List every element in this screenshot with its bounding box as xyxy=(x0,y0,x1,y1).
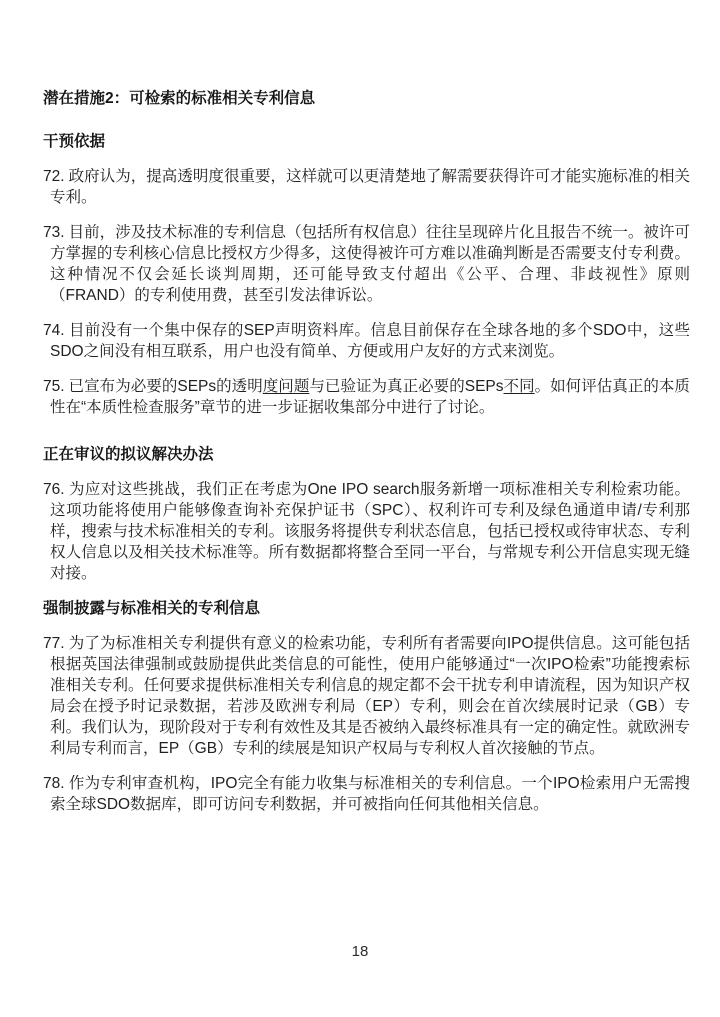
document-content: 潜在措施2：可检索的标准相关专利信息 干预依据 72.政府认为，提高透明度很重要… xyxy=(0,0,720,815)
item-number-73: 73. xyxy=(43,224,65,241)
item-text-73: 目前，涉及技术标准的专利信息（包括所有权信息）往往呈现碎片化且报告不统一。被许可… xyxy=(50,224,690,304)
section-intervention-basis: 干预依据 72.政府认为，提高透明度很重要，这样就可以更清楚地了解需要获得许可才… xyxy=(43,131,690,418)
item-text-75-underlined: 度问题 xyxy=(263,378,310,395)
item-number-74: 74. xyxy=(43,322,65,339)
item-text-72: 政府认为，提高透明度很重要，这样就可以更清楚地了解需要获得许可才能实施标准的相关… xyxy=(50,168,690,206)
page-footer: 18 xyxy=(0,941,720,962)
paragraph-77: 77.为了为标准相关专利提供有意义的检索功能，专利所有者需要向IPO提供信息。这… xyxy=(50,633,690,759)
item-number-77: 77. xyxy=(43,635,65,652)
item-text-75-segment: 与已验证为真正必要的SEPs xyxy=(309,378,503,395)
paragraph-74: 74.目前没有一个集中保存的SEP声明资料库。信息目前保存在全球各地的多个SDO… xyxy=(50,320,690,362)
item-text-75-segment: 已宣布为必要的SEPs的透明 xyxy=(69,378,263,395)
paragraph-76: 76.为应对这些挑战，我们正在考虑为One IPO search服务新增一项标准… xyxy=(50,479,690,584)
document-page: 潜在措施2：可检索的标准相关专利信息 干预依据 72.政府认为，提高透明度很重要… xyxy=(0,0,720,1017)
paragraph-73: 73.目前，涉及技术标准的专利信息（包括所有权信息）往往呈现碎片化且报告不统一。… xyxy=(50,222,690,306)
item-number-78: 78. xyxy=(43,775,65,792)
item-number-75: 75. xyxy=(43,378,65,395)
heading-proposed-solutions: 正在审议的拟议解决办法 xyxy=(43,444,690,465)
paragraph-78: 78.作为专利审查机构，IPO完全有能力收集与标准相关的专利信息。一个IPO检索… xyxy=(50,773,690,815)
heading-intervention-basis: 干预依据 xyxy=(43,131,690,152)
item-text-77: 为了为标准相关专利提供有意义的检索功能，专利所有者需要向IPO提供信息。这可能包… xyxy=(50,635,690,757)
item-text-75-underlined: 不同 xyxy=(504,378,535,395)
item-number-72: 72. xyxy=(43,168,65,185)
page-number: 18 xyxy=(352,943,369,960)
paragraph-75: 75.已宣布为必要的SEPs的透明度问题与已验证为真正必要的SEPs不同。如何评… xyxy=(50,376,690,418)
item-text-78: 作为专利审查机构，IPO完全有能力收集与标准相关的专利信息。一个IPO检索用户无… xyxy=(50,775,690,813)
item-number-76: 76. xyxy=(43,481,65,498)
item-text-74: 目前没有一个集中保存的SEP声明资料库。信息目前保存在全球各地的多个SDO中，这… xyxy=(50,322,690,360)
section-mandatory-disclosure: 强制披露与标准相关的专利信息 77.为了为标准相关专利提供有意义的检索功能，专利… xyxy=(43,598,690,815)
section-proposed-solutions: 正在审议的拟议解决办法 76.为应对这些挑战，我们正在考虑为One IPO se… xyxy=(43,444,690,584)
item-text-76: 为应对这些挑战，我们正在考虑为One IPO search服务新增一项标准相关专… xyxy=(50,481,690,582)
measure-title: 潜在措施2：可检索的标准相关专利信息 xyxy=(43,88,690,109)
paragraph-72: 72.政府认为，提高透明度很重要，这样就可以更清楚地了解需要获得许可才能实施标准… xyxy=(50,166,690,208)
heading-mandatory-disclosure: 强制披露与标准相关的专利信息 xyxy=(43,598,690,619)
